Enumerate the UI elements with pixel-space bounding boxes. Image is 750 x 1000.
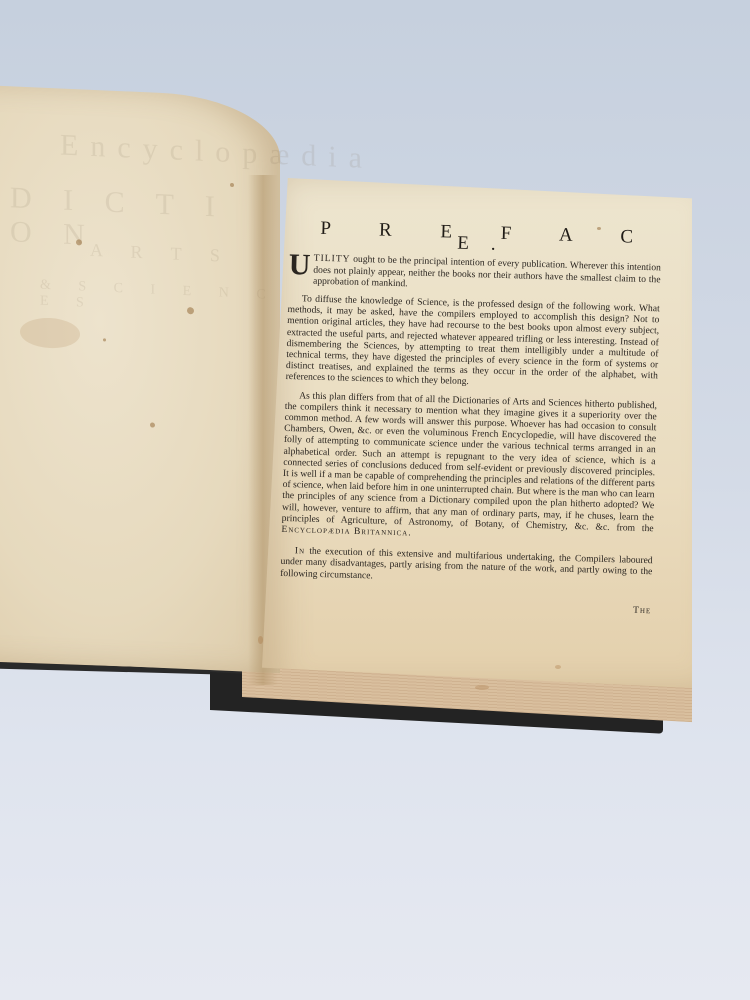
preface-text: P R E F A C E. UTILITY ought to be the p… — [279, 222, 662, 616]
page-title: P R E F A C E. — [313, 223, 661, 255]
paragraph-text: the execution of this extensive and mult… — [280, 546, 653, 581]
foxing-spot — [555, 665, 561, 669]
foxing-spot — [187, 307, 194, 314]
foxing-spot — [597, 227, 601, 230]
lead-word: In — [295, 546, 306, 557]
foxing-stain — [20, 317, 80, 350]
paragraph-text: As this plan differs from that of all th… — [282, 390, 658, 534]
paragraph: UTILITY ought to be the principal intent… — [288, 252, 661, 296]
foxing-spot — [230, 183, 234, 187]
ghost-line: Encyclopædia — [60, 128, 374, 176]
foxing-spot — [76, 239, 82, 245]
paragraph-text: To diffuse the knowledge of Science, is … — [286, 293, 660, 387]
paragraph: To diffuse the knowledge of Science, is … — [286, 293, 660, 393]
foxing-spot — [103, 338, 106, 341]
foxing-spot — [258, 636, 263, 644]
drop-cap: U — [288, 253, 310, 278]
paragraph-text: ought to be the principal intention of e… — [313, 254, 661, 289]
photo-scene: Encyclopædia D I C T I O N A R T S & S C… — [0, 0, 750, 1000]
paragraph: In the execution of this extensive and m… — [280, 545, 653, 589]
encyclopaedia-title: Encyclopædia Britannica. — [281, 524, 412, 539]
paragraph: As this plan differs from that of all th… — [281, 390, 657, 546]
left-page: Encyclopædia D I C T I O N A R T S & S C… — [0, 85, 280, 673]
foxing-stain — [475, 685, 489, 690]
lead-word: TILITY — [314, 253, 351, 265]
foxing-spot — [150, 422, 155, 427]
ghost-line: & S C I E N C E S — [40, 278, 280, 320]
